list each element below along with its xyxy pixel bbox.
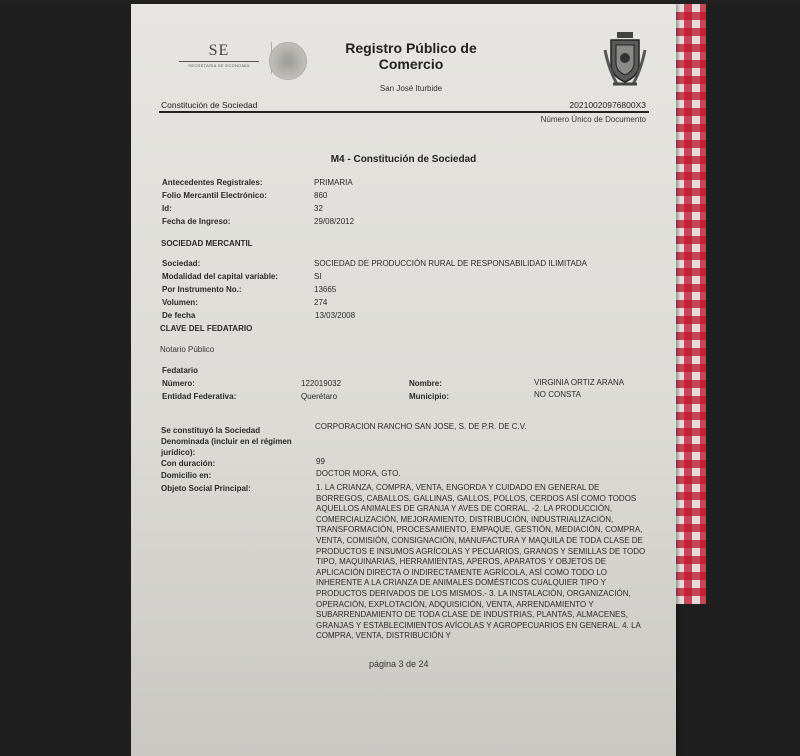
fecha-ingreso-label: Fecha de Ingreso: [162, 217, 230, 226]
denominacion-label: Se constituyó la Sociedad Denominada (in… [161, 425, 301, 458]
municipal-crest-icon [603, 30, 647, 88]
capital-variable-label: Modalidad del capital variable: [162, 272, 278, 281]
document-page: SE SECRETARÍA DE ECONOMÍA Registro Públi… [131, 4, 676, 756]
entidad-label: Entidad Federativa: [162, 392, 236, 401]
domicilio-label: Domicilio en: [161, 471, 211, 480]
sociedad-mercantil-heading: SOCIEDAD MERCANTIL [161, 239, 253, 248]
id-value: 32 [314, 204, 323, 213]
objeto-social-text: 1. LA CRIANZA, COMPRA, VENTA, ENGORDA Y … [316, 483, 646, 642]
nombre-value: VIRGINIA ORTIZ ARANA [534, 378, 624, 387]
capital-variable-value: SI [314, 272, 322, 281]
antecedentes-label: Antecedentes Registrales: [162, 178, 262, 187]
denominacion-value: CORPORACION RANCHO SAN JOSE, S. DE P.R. … [315, 422, 527, 431]
registry-title: Registro Público de Comercio [321, 40, 501, 72]
document-number-label: Número Único de Documento [541, 115, 646, 124]
document-number: 20210020976800X3 [569, 100, 646, 110]
registry-location: San José Iturbide [331, 84, 491, 93]
se-logo-icon: SE SECRETARÍA DE ECONOMÍA [179, 42, 259, 68]
section-label: Constitución de Sociedad [161, 100, 257, 110]
header-rule [159, 111, 649, 113]
folio-label: Folio Mercantil Electrónico: [162, 191, 267, 200]
duracion-value: 99 [316, 457, 325, 466]
fecha-ingreso-value: 29/08/2012 [314, 217, 354, 226]
instrumento-value: 13665 [314, 285, 336, 294]
fedatario-tipo: Notario Público [160, 345, 214, 354]
clave-fedatario-heading: CLAVE DEL FEDATARIO [160, 324, 252, 333]
objeto-label: Objeto Social Principal: [161, 484, 251, 493]
antecedentes-value: PRIMARIA [314, 178, 353, 187]
duracion-label: Con duración: [161, 459, 215, 468]
de-fecha-value: 13/03/2008 [315, 311, 355, 320]
page-number: página 3 de 24 [369, 659, 429, 669]
fedatario-heading: Fedatario [162, 366, 198, 375]
se-logo-text: SE [179, 42, 259, 60]
de-fecha-label: De fecha [162, 311, 195, 320]
numero-label: Número: [162, 379, 195, 388]
folio-value: 860 [314, 191, 327, 200]
sociedad-label: Sociedad: [162, 259, 200, 268]
volumen-value: 274 [314, 298, 327, 307]
se-logo-subtitle: SECRETARÍA DE ECONOMÍA [179, 63, 259, 68]
nombre-label: Nombre: [409, 379, 442, 388]
instrumento-label: Por Instrumento No.: [162, 285, 242, 294]
document-heading: M4 - Constitución de Sociedad [131, 154, 676, 165]
volumen-label: Volumen: [162, 298, 198, 307]
entidad-value: Querétaro [301, 392, 337, 401]
sociedad-value: SOCIEDAD DE PRODUCCIÓN RURAL DE RESPONSA… [314, 259, 587, 268]
id-label: Id: [162, 204, 172, 213]
domicilio-value: DOCTOR MORA, GTO. [316, 469, 401, 478]
municipio-value: NO CONSTA [534, 390, 581, 399]
numero-value: 122019032 [301, 379, 341, 388]
mexican-eagle-seal-icon [269, 42, 307, 80]
municipio-label: Municipio: [409, 392, 449, 401]
